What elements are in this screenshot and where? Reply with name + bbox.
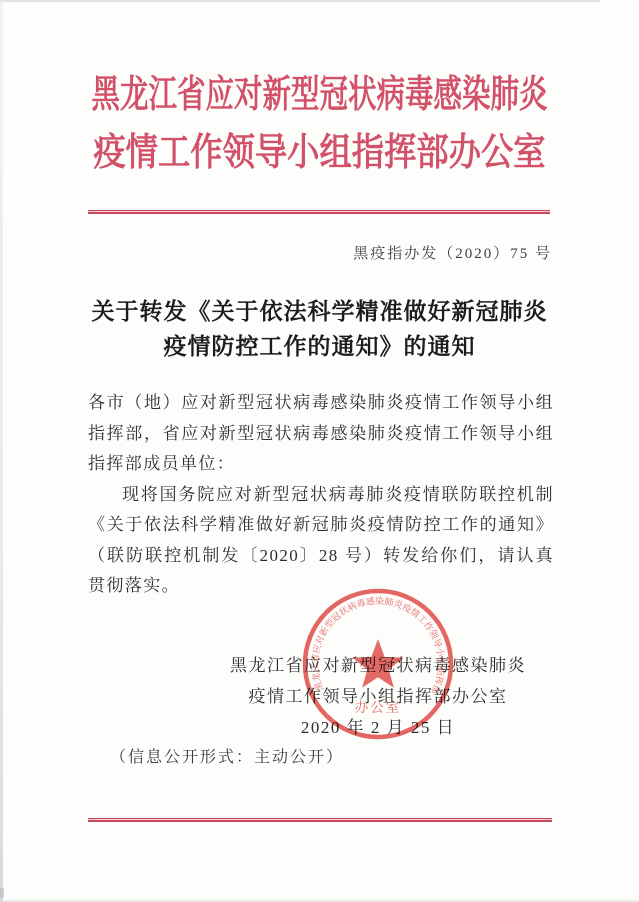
- letterhead-line-2: 疫情工作领导小组指挥部办公室: [48, 124, 591, 182]
- footer-red-line: [88, 818, 552, 822]
- signature-block: 黑龙江省应对新型冠状病毒感染肺炎 疫情工作领导小组指挥部办公室 2020 年 2…: [222, 650, 534, 743]
- signature-date: 2020 年 2 月 25 日: [222, 712, 534, 743]
- document-title-line-1: 关于转发《关于依法科学精准做好新冠肺炎: [0, 294, 639, 329]
- signature-org-line-1: 黑龙江省应对新型冠状病毒感染肺炎: [222, 650, 534, 681]
- info-disclosure-line: （信息公开形式：主动公开）: [110, 744, 344, 767]
- signature-org-line-2: 疫情工作领导小组指挥部办公室: [222, 681, 534, 712]
- document-title: 关于转发《关于依法科学精准做好新冠肺炎 疫情防控工作的通知》的通知: [0, 294, 639, 364]
- letterhead: 黑龙江省应对新型冠状病毒感染肺炎 疫情工作领导小组指挥部办公室: [0, 66, 639, 182]
- header-red-divider: [88, 210, 550, 214]
- document-number: 黑疫指办发（2020）75 号: [88, 242, 552, 263]
- scan-edge-top: [0, 0, 600, 2]
- document-page: 黑龙江省应对新型冠状病毒感染肺炎 疫情工作领导小组指挥部办公室 黑疫指办发（20…: [0, 0, 639, 902]
- scan-edge-corner: [0, 888, 4, 898]
- document-title-line-2: 疫情防控工作的通知》的通知: [0, 329, 639, 364]
- salutation-paragraph: 各市（地）应对新型冠状病毒感染肺炎疫情工作领导小组指挥部，省应对新型冠状病毒感染…: [88, 388, 554, 480]
- document-body: 各市（地）应对新型冠状病毒感染肺炎疫情工作领导小组指挥部，省应对新型冠状病毒感染…: [88, 388, 554, 602]
- letterhead-line-1: 黑龙江省应对新型冠状病毒感染肺炎: [80, 66, 559, 124]
- main-paragraph: 现将国务院应对新型冠状病毒肺炎疫情联防联控机制《关于依法科学精准做好新冠肺炎疫情…: [88, 480, 554, 602]
